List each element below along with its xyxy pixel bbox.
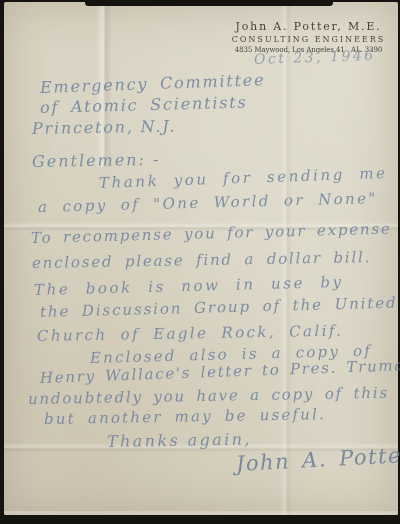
body-line: To recompense you for your expense (31, 220, 392, 247)
body-line: Church of Eagle Rock, Calif. (37, 322, 344, 345)
salutation: Gentlemen: - (32, 150, 161, 171)
body-line: undoubtedly you have a copy of this (28, 384, 389, 408)
paper-bottom-edge-highlight (4, 511, 398, 515)
body-line: The book is now in use by (34, 273, 344, 299)
body-line: enclosed please find a dollar bill. (32, 248, 372, 272)
scanner-background: · ·· · John A. Potter, M.E. CONSULTING E… (0, 0, 400, 524)
body-line: but another may be useful. (44, 405, 326, 428)
letter-paper: · ·· · John A. Potter, M.E. CONSULTING E… (4, 2, 398, 515)
letterhead-name: John A. Potter, M.E. (226, 20, 391, 33)
body-line: a copy of "One World or None" (38, 189, 378, 216)
scanner-top-edge (85, 0, 333, 6)
recipient-line-2: of Atomic Scientists (40, 93, 248, 117)
body-line: Thanks again, (107, 429, 252, 451)
signature: John A. Potter (235, 443, 400, 476)
letterhead-subtitle: CONSULTING ENGINEERS (226, 35, 391, 44)
recipient-line-3: Princeton, N.J. (32, 116, 176, 138)
body-line: the Discussion Group of the United (40, 294, 398, 321)
handwritten-date: Oct 23, 1946 (254, 48, 376, 68)
pencil-notation: · ·· · (14, 13, 37, 20)
